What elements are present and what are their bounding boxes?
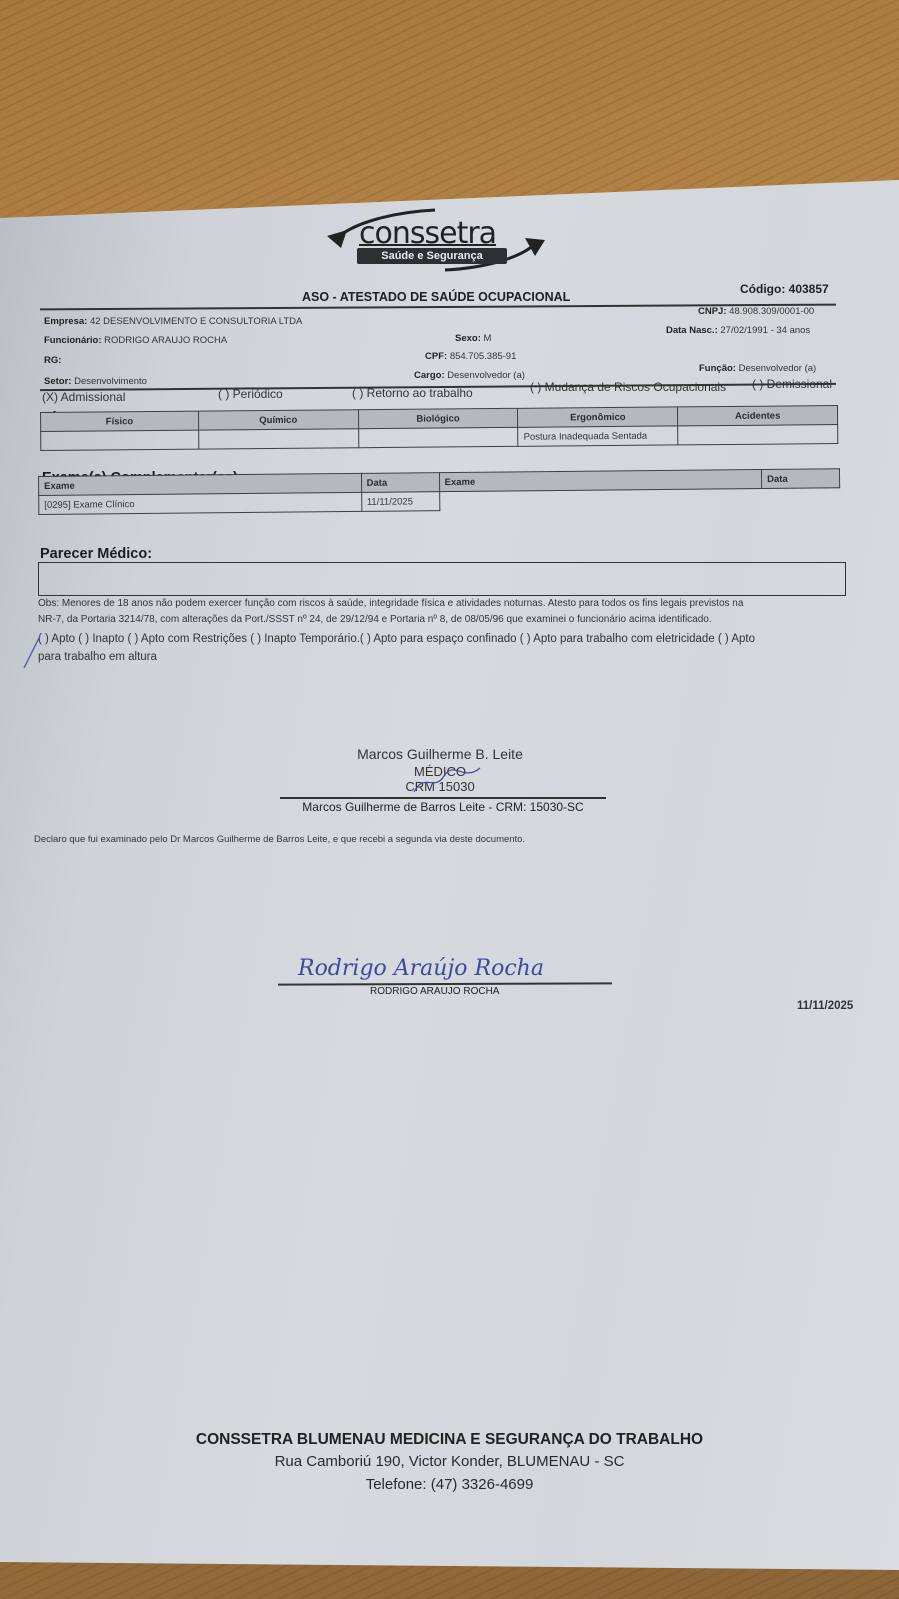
col-fisico: Físico	[41, 411, 199, 431]
val-acidentes	[678, 425, 838, 445]
doctor-stamp-name: Marcos Guilherme B. Leite	[290, 746, 590, 762]
field-empresa: Empresa: 42 DESENVOLVIMENTO E CONSULTORI…	[44, 316, 302, 327]
logo-wordmark: conssetra	[359, 216, 496, 251]
field-rg: RG:	[44, 355, 61, 366]
field-cpf: CPF: 854.705.385-91	[425, 351, 516, 362]
field-cargo: Cargo: Desenvolvedor (a)	[414, 370, 525, 381]
checkbox-periodico[interactable]: ( ) Periódico	[218, 387, 283, 401]
exame-date: 11/11/2025	[361, 492, 439, 512]
document-title: ASO - ATESTADO DE SAÚDE OCUPACIONAL	[302, 290, 570, 304]
footer-company: CONSSETRA BLUMENAU MEDICINA E SEGURANÇA …	[0, 1431, 899, 1449]
col-acidentes: Acidentes	[678, 406, 838, 426]
field-cnpj: CNPJ: 48.908.309/0001-00	[698, 306, 814, 317]
val-ergonomico: Postura Inadequada Sentada	[518, 426, 678, 446]
employee-printed-name: RODRIGO ARAUJO ROCHA	[370, 986, 499, 997]
company-logo: conssetra Saúde e Segurança	[325, 208, 555, 278]
col-biologico: Biológico	[358, 408, 518, 428]
field-funcionario: Funcionário: RODRIGO ARAUJO ROCHA	[44, 335, 227, 346]
col-data-1: Data	[361, 473, 439, 493]
observation-text: Obs: Menores de 18 anos não podem exerce…	[38, 596, 858, 628]
doctor-signature-scribble-icon	[410, 762, 490, 798]
field-sexo: Sexo: M	[455, 333, 491, 344]
parecer-heading: Parecer Médico:	[40, 546, 152, 562]
field-data-nasc: Data Nasc.: 27/02/1991 - 34 anos	[666, 325, 810, 336]
checkbox-demissional[interactable]: ( ) Demissional	[752, 377, 832, 391]
doctor-signature-line	[280, 797, 606, 799]
exame-name: [0295] Exame Clínico	[39, 492, 362, 514]
signature-date: 11/11/2025	[797, 1000, 853, 1012]
val-biologico	[358, 427, 518, 447]
employee-handwritten-signature: Rodrigo Araújo Rocha	[298, 956, 544, 981]
document-code: Código: 403857	[740, 282, 829, 296]
aptidao-options[interactable]: ( ) Apto ( ) Inapto ( ) Apto com Restriç…	[38, 630, 853, 666]
exames-table: Exame Data Exame Data [0295] Exame Clíni…	[38, 468, 840, 515]
col-ergonomico: Ergonômico	[518, 407, 678, 427]
checkbox-retorno-trabalho[interactable]: ( ) Retorno ao trabalho	[352, 386, 473, 400]
checkbox-mudanca-riscos[interactable]: ( ) Mudança de Riscos Ocupacionais	[530, 380, 726, 394]
pen-mark-icon	[18, 632, 48, 674]
field-setor: Setor: Desenvolvimento	[44, 376, 147, 387]
doctor-signature-caption: Marcos Guilherme de Barros Leite - CRM: …	[280, 800, 606, 814]
parecer-box	[38, 562, 846, 596]
val-fisico	[41, 430, 199, 450]
footer-phone: Telefone: (47) 3326-4699	[0, 1476, 899, 1493]
val-quimico	[198, 429, 358, 449]
footer-address: Rua Camboriú 190, Victor Konder, BLUMENA…	[0, 1453, 899, 1470]
declaration-text: Declaro que fui examinado pelo Dr Marcos…	[34, 834, 525, 845]
col-data-2: Data	[762, 469, 840, 489]
col-quimico: Químico	[198, 410, 358, 430]
logo-tagline: Saúde e Segurança	[357, 248, 507, 264]
field-funcao: Função: Desenvolvedor (a)	[699, 363, 816, 374]
checkbox-admissional[interactable]: (X) Admissional	[42, 390, 125, 404]
riscos-table: Físico Químico Biológico Ergonômico Acid…	[40, 405, 838, 451]
